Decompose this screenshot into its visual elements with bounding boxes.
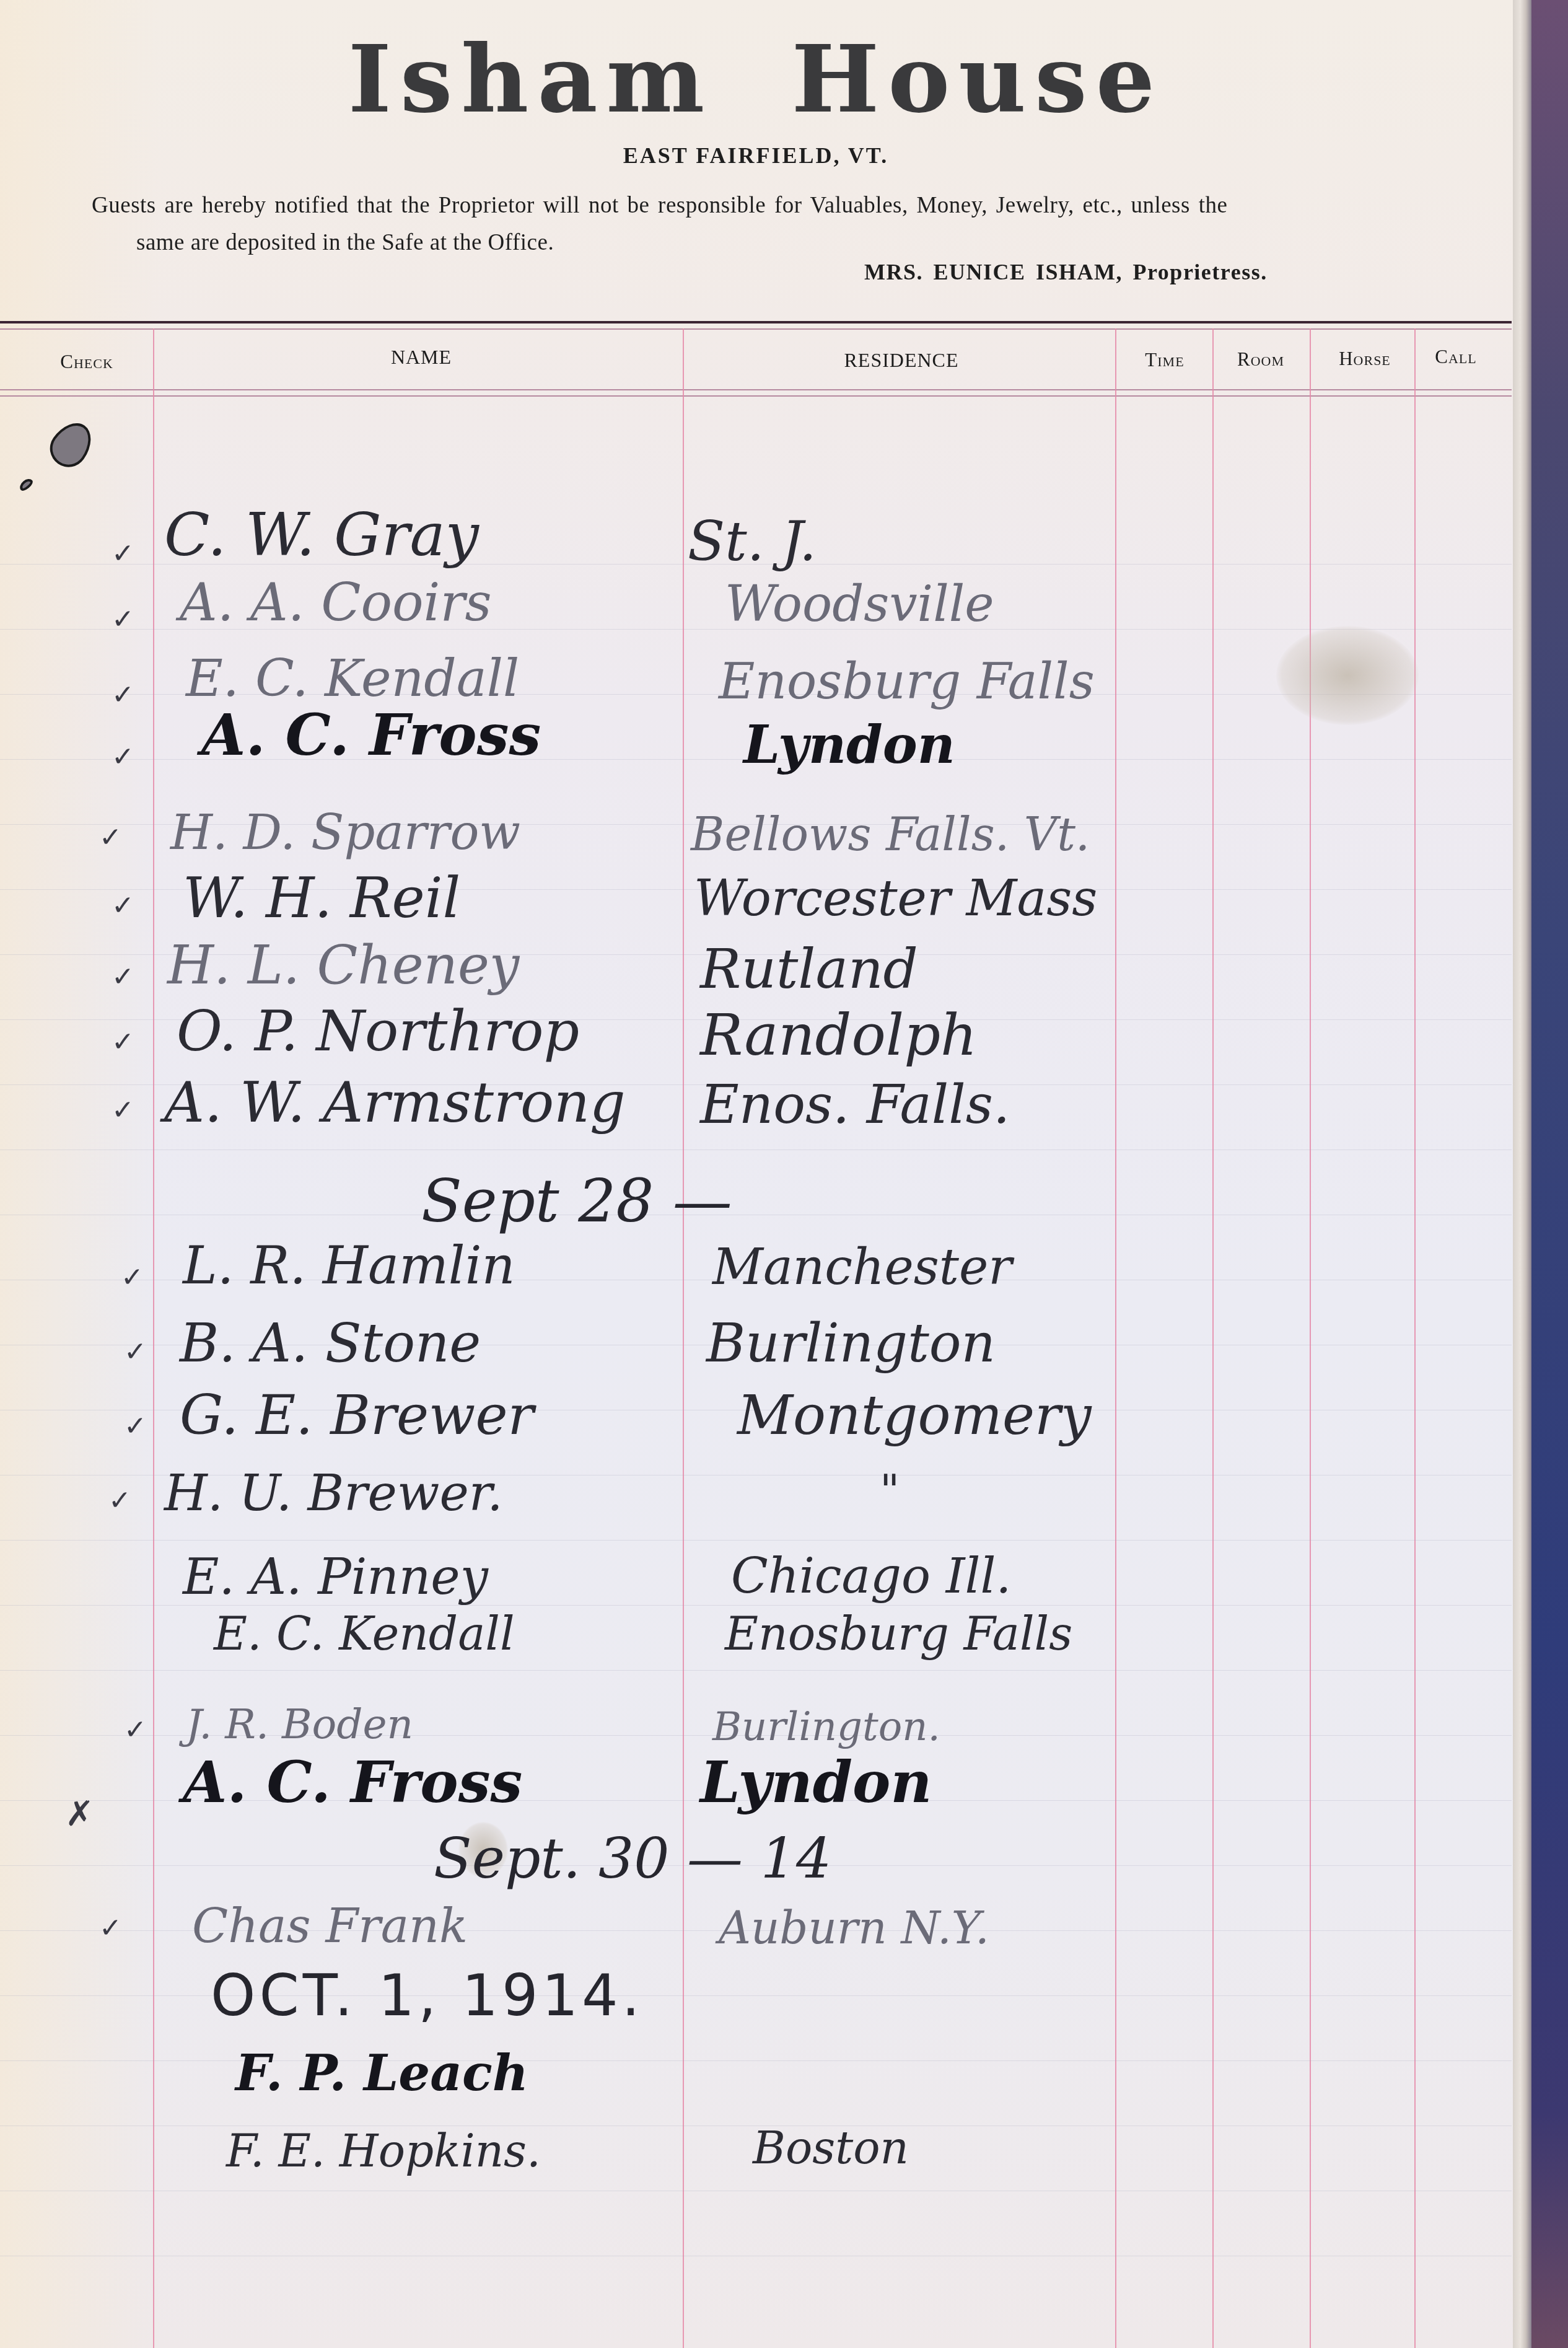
guest-residence: Randolph [700,1007,977,1064]
check-mark: ✓ [99,824,122,851]
column-divider-horse-call [1414,328,1416,2348]
guest-name: A. C. Fross [183,1754,522,1811]
column-divider-residence-time [1115,328,1116,2348]
row-rule [0,1150,1512,1150]
guest-residence: Lyndon [743,719,955,771]
guest-residence: Montgomery [737,1388,1092,1443]
guest-name: O. P. Northrop [177,1004,579,1060]
column-header-horse: Horse [1318,348,1411,370]
guest-name: E. C. Kendall [186,654,519,705]
guest-name: H. L. Cheney [167,939,519,992]
guest-name: F. P. Leach [235,2048,528,2098]
ink-blot [17,477,34,493]
guest-name: Chas Frank [192,1902,468,1950]
guest-name: A. A. Cooirs [180,576,492,628]
guest-residence: Worcester Mass [694,874,1097,923]
notice-text-line-2: same are deposited in the Safe at the Of… [136,229,554,256]
guest-residence: Burlington. [712,1707,940,1747]
check-mark: ✓ [124,1717,147,1744]
guest-name: A. W. Armstrong [164,1075,626,1131]
guest-name: H. U. Brewer. [164,1469,503,1518]
column-header-time: Time [1124,349,1205,371]
row-rule [0,2191,1512,2191]
guest-name: F. E. Hopkins. [226,2129,541,2173]
column-header-name: NAME [347,346,496,369]
guest-residence: Burlington [706,1317,996,1370]
check-mark: ✓ [124,1413,147,1440]
guest-residence: Auburn N.Y. [719,1906,989,1950]
guest-name: E. A. Pinney [183,1552,488,1602]
guest-name: E. C. Kendall [214,1611,515,1657]
guest-residence: Enosburg Falls [725,1611,1072,1657]
guest-residence: Manchester [712,1242,1012,1292]
check-mark: ✓ [112,892,134,920]
water-stain [1276,626,1419,725]
guest-residence-ditto: " [880,1469,900,1512]
row-rule [0,1215,1512,1215]
row-rule [0,1670,1512,1671]
guest-residence: Bellows Falls. Vt. [691,812,1090,858]
guest-residence: Enos. Falls. [700,1078,1010,1132]
guest-residence: Boston [753,2126,909,2170]
column-divider-name-residence [683,328,684,2348]
check-mark: ✓ [112,964,134,991]
guest-residence: Rutland [700,942,918,996]
row-rule [0,1540,1512,1541]
ink-blot [43,415,100,475]
check-mark: ✓ [108,1487,131,1515]
row-rule [0,2060,1512,2061]
row-rule [0,2256,1512,2256]
check-mark: ✓ [112,682,134,709]
check-mark: ✓ [124,1339,147,1366]
check-mark: ✓ [112,744,134,771]
check-mark: ✓ [99,1915,122,1942]
proprietress-line: MRS. EUNICE ISHAM, Proprietress. [864,259,1268,285]
register-page: Isham House EAST FAIRFIELD, VT. Guests a… [0,0,1513,2348]
header-bottom-rule-inner [0,395,1512,397]
date-heading: Sept 28 — [421,1171,732,1231]
guest-name: A. C. Fross [201,706,541,763]
header-top-rule-inner [0,328,1512,330]
guest-residence: Woodsville [725,579,994,629]
guest-residence: Chicago Ill. [731,1552,1011,1601]
date-heading: Sept. 30 — 14 [434,1831,831,1887]
book-cover [1530,0,1568,2348]
header-bottom-rule [0,389,1512,390]
guest-name: G. E. Brewer [180,1388,534,1443]
guest-name: C. W. Gray [164,505,479,565]
check-mark: ✓ [112,1097,134,1124]
column-header-room: Room [1220,348,1301,371]
guest-residence: Enosburg Falls [719,657,1095,706]
check-mark: ✓ [112,540,134,568]
x-mark: ✗ [65,1797,94,1832]
header-top-rule [0,321,1512,323]
check-mark: ✓ [112,1029,134,1056]
column-divider-time-room [1212,328,1214,2348]
column-divider-check-name [153,328,154,2348]
notice-text-line-1: Guests are hereby notified that the Prop… [92,192,1455,219]
column-header-residence: RESIDENCE [805,349,997,372]
guest-residence: Lyndon [700,1754,932,1811]
check-mark: ✓ [121,1264,144,1291]
guest-name: J. R. Boden [186,1704,413,1745]
hotel-location: EAST FAIRFIELD, VT. [0,143,1512,169]
hotel-title: Isham House [0,25,1512,134]
guest-name: L. R. Hamlin [183,1239,515,1291]
guest-residence: St. J. [688,514,817,569]
check-mark: ✓ [112,606,134,633]
guest-name: B. A. Stone [180,1317,481,1370]
column-header-call: Call [1419,346,1493,368]
date-heading: OCT. 1, 1914. [211,1968,644,2025]
column-header-check: Check [37,351,136,373]
guest-name: H. D. Sparrow [170,809,520,857]
column-divider-room-horse [1310,328,1311,2348]
guest-name: W. H. Reil [183,871,460,926]
page-edge [1512,0,1531,2348]
